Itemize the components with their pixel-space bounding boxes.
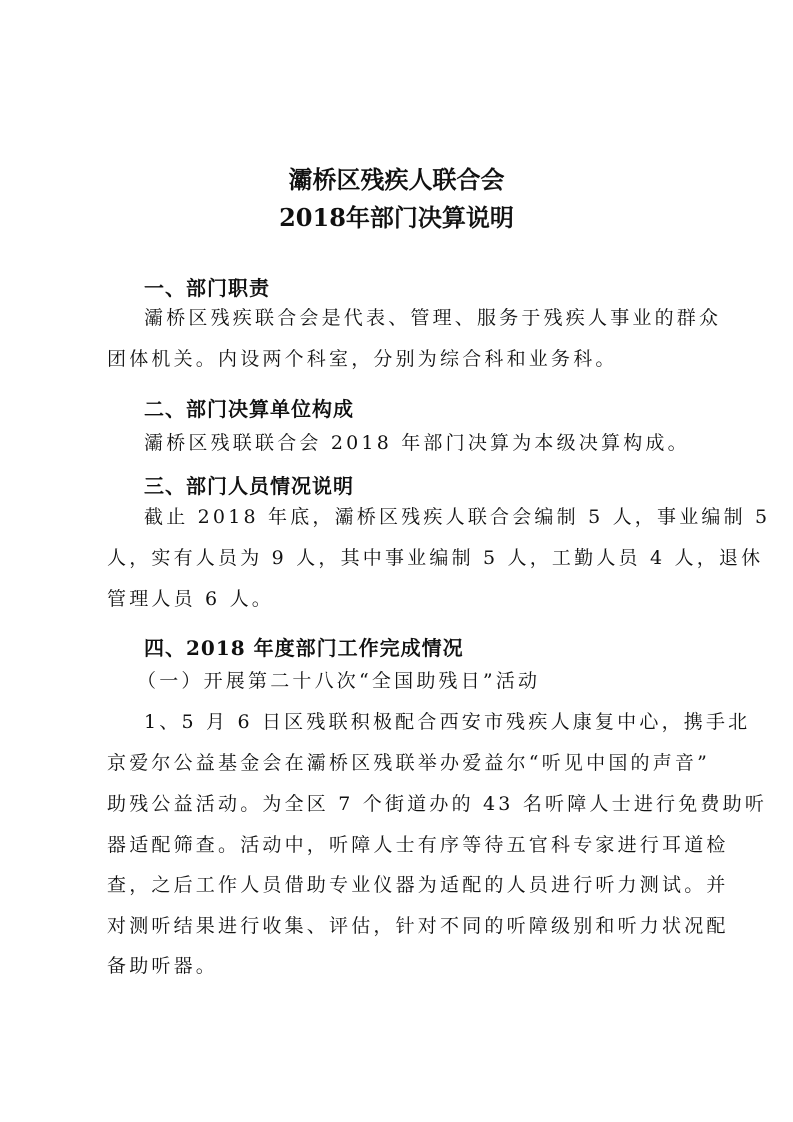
document-subtitle: 2018年部门决算说明 [0,198,793,233]
section-heading-2: 二、部门决算单位构成 [144,393,744,422]
section-heading-3: 三、部门人员情况说明 [144,470,744,499]
paragraph-line: 截止 2018 年底，灞桥区残疾人联合会编制 5 人，事业编制 5 [144,502,744,529]
subsection-heading: （一）开展第二十八次“全国助残日”活动 [137,666,737,693]
paragraph-line: 1、5 月 6 日区残联积极配合西安市残疾人康复中心，携手北 [144,707,744,734]
paragraph-line: 京爱尔公益基金会在灞桥区残联举办爱益尔“听见中国的声音” [107,748,707,775]
paragraph-line: 灞桥区残联联合会 2018 年部门决算为本级决算构成。 [144,428,744,455]
document-title: 灞桥区残疾人联合会 [0,160,793,195]
section-heading-1: 一、部门职责 [144,272,744,301]
paragraph-line: 管理人员 6 人。 [107,584,707,611]
paragraph-line: 助残公益活动。为全区 7 个街道办的 43 名听障人士进行免费助听 [107,789,707,816]
paragraph-line: 灞桥区残疾联合会是代表、管理、服务于残疾人事业的群众 [144,303,744,330]
paragraph-line: 团体机关。内设两个科室，分别为综合科和业务科。 [107,344,707,371]
paragraph-line: 器适配筛查。活动中，听障人士有序等待五官科专家进行耳道检 [107,830,707,857]
paragraph-line: 查，之后工作人员借助专业仪器为适配的人员进行听力测试。并 [107,870,707,897]
section-heading-4: 四、2018 年度部门工作完成情况 [144,632,744,661]
paragraph-line: 人，实有人员为 9 人，其中事业编制 5 人，工勤人员 4 人，退休 [107,543,707,570]
paragraph-line: 对测听结果进行收集、评估，针对不同的听障级别和听力状况配 [107,911,707,938]
paragraph-line: 备助听器。 [107,951,707,978]
